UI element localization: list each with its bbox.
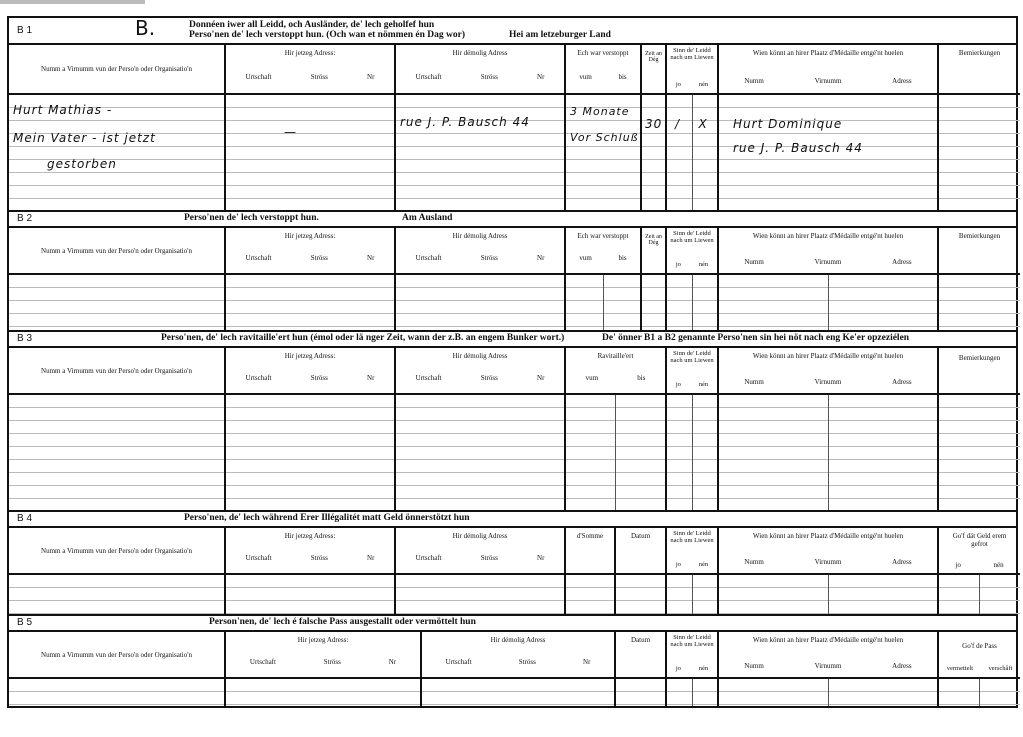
col-date: Datum <box>615 528 666 574</box>
entry-cell[interactable] <box>979 574 1020 614</box>
entry-cell[interactable] <box>225 394 395 510</box>
col-former-address: Hir démolig AdressUrtschaftStrössNr <box>421 632 615 678</box>
entry-cell[interactable] <box>718 574 828 614</box>
entry-current-address[interactable]: — <box>225 94 395 210</box>
entry-cell[interactable] <box>828 678 938 706</box>
col-medal: Wien könnt an hirer Plaatz d'Médaille en… <box>718 228 938 274</box>
form-letter: B. <box>135 16 155 40</box>
col-days: Zeit an Dég <box>641 45 666 94</box>
col-current-address: Hir jetzeg Adress:UrtschaftStrössNr <box>225 348 395 394</box>
entry-cell[interactable] <box>828 574 938 614</box>
entry-cell[interactable] <box>666 394 692 510</box>
section-b4: B 4 Perso'nen, de' lech während Erer Ill… <box>7 510 1018 614</box>
col-current-address: Hir jetzeg Adress:UrtschaftStrössNr <box>225 632 421 678</box>
section-b4-title: B 4 Perso'nen, de' lech während Erer Ill… <box>9 512 1016 528</box>
col-alive: Sinn de' Leidd nach um Liewenjonén <box>666 348 718 394</box>
col-hidden: Ech war verstopptvumbis <box>565 45 641 94</box>
entry-cell[interactable] <box>225 574 395 614</box>
col-money-back: Go'f dät Geld erem gefrotjonén <box>938 528 1020 574</box>
entry-alive-no[interactable]: X <box>692 94 718 210</box>
entry-cell[interactable] <box>828 394 938 510</box>
entry-cell[interactable] <box>641 274 666 330</box>
col-hidden: Ech war verstopptvumbis <box>565 228 641 274</box>
section-id: B 1 <box>17 25 32 36</box>
entry-cell[interactable] <box>395 394 565 510</box>
col-name: Numm a Virnumm vun der Perso'n oder Orga… <box>9 632 225 678</box>
section-b1-table: Numm a Virnumm vun der Perso'n oder Orga… <box>9 45 1020 210</box>
col-current-address: Hir jetzeg Adress:UrtschaftStrössNr <box>225 228 395 274</box>
entry-cell[interactable] <box>225 274 395 330</box>
entry-medal[interactable]: Hurt Dominique rue J. P. Bausch 44 <box>718 94 938 210</box>
entry-cell[interactable] <box>938 678 979 706</box>
entry-cell[interactable] <box>395 274 565 330</box>
section-b2: B 2 Perso'nen de' lech verstoppt hun. Am… <box>7 210 1018 330</box>
col-current-address: Hir jetzeg Adress:UrtschaftStrössNr <box>225 528 395 574</box>
col-pass: Go'f de Passvermetteltverschâft <box>938 632 1020 678</box>
entry-cell[interactable] <box>666 678 692 706</box>
entry-cell[interactable] <box>9 394 225 510</box>
entry-cell[interactable] <box>979 678 1020 706</box>
entry-cell[interactable] <box>718 394 828 510</box>
entry-cell[interactable] <box>666 274 692 330</box>
col-remarks: Bemierkungen <box>938 228 1020 274</box>
entry-cell[interactable] <box>692 678 718 706</box>
scan-edge <box>0 0 145 4</box>
entry-cell[interactable] <box>938 574 979 614</box>
col-sum: d'Somme <box>565 528 615 574</box>
entry-cell[interactable] <box>666 574 692 614</box>
entry-cell[interactable] <box>692 574 718 614</box>
entry-cell[interactable] <box>225 678 421 706</box>
entry-alive-yes[interactable]: / <box>666 94 692 210</box>
entry-cell[interactable] <box>565 394 615 510</box>
section-b5: B 5 Person'nen, de' lech é falsche Pass … <box>7 614 1018 708</box>
entry-former-address[interactable]: rue J. P. Bausch 44 <box>395 94 565 210</box>
section-b1-title: B 1 B. Donnéen iwer all Leidd, och Auslä… <box>9 18 1016 45</box>
col-medal: Wien könnt an hirer Plaatz d'Médaille en… <box>718 632 938 678</box>
section-title-line1: Donnéen iwer all Leidd, och Ausländer, d… <box>189 20 434 30</box>
col-alive: Sinn de' Leidd nach um Liewenjonén <box>666 45 718 94</box>
col-alive: Sinn de' Leidd nach um Liewenjonén <box>666 228 718 274</box>
entry-cell[interactable] <box>615 678 666 706</box>
col-medal: Wien könnt an hirer Plaatz d'Médaille en… <box>718 528 938 574</box>
entry-name[interactable]: Hurt Mathias - Mein Vater - ist jetzt ge… <box>9 94 225 210</box>
entry-cell[interactable] <box>565 574 615 614</box>
col-former-address: Hir démolig AdressUrtschaftStrössNr <box>395 348 565 394</box>
section-b4-table: Numm a Virnumm vun der Perso'n oder Orga… <box>9 528 1020 614</box>
entry-cell[interactable] <box>565 274 603 330</box>
section-b2-title: B 2 Perso'nen de' lech verstoppt hun. Am… <box>9 212 1016 228</box>
section-b3-table: Numm a Virnumm vun der Perso'n oder Orga… <box>9 348 1020 510</box>
entry-cell[interactable] <box>603 274 641 330</box>
section-b1: B 1 B. Donnéen iwer all Leidd, och Auslä… <box>7 16 1018 210</box>
entry-cell[interactable] <box>9 574 225 614</box>
col-former-address: Hir démolig AdressUrtschaftStrössNr <box>395 528 565 574</box>
entry-cell[interactable] <box>9 274 225 330</box>
entry-days[interactable]: 30 <box>641 94 666 210</box>
col-days: Zeit an Dég <box>641 228 666 274</box>
entry-cell[interactable] <box>421 678 615 706</box>
section-title-line2: Perso'nen de' lech verstoppt hun. (Och w… <box>189 30 465 40</box>
col-supplied: Ravitaille'ertvumbis <box>565 348 666 394</box>
entry-hidden[interactable]: 3 Monate Vor Schluß <box>565 94 641 210</box>
col-former-address: Hir démolig AdressUrtschaftStrössNr <box>395 45 565 94</box>
entry-cell[interactable] <box>692 274 718 330</box>
col-name: Numm a Virnumm vun der Perso'n oder Orga… <box>9 45 225 94</box>
entry-cell[interactable] <box>718 678 828 706</box>
col-name: Numm a Virnumm vun der Perso'n oder Orga… <box>9 228 225 274</box>
entry-remarks[interactable] <box>938 94 1020 210</box>
entry-cell[interactable] <box>718 274 828 330</box>
entry-cell[interactable] <box>9 678 225 706</box>
section-b3-title: B 3 Perso'nen, de' lech ravitaille'ert h… <box>9 332 1016 348</box>
col-medal: Wien könnt an hirer Plaatz d'Médaille en… <box>718 45 938 94</box>
section-b5-table: Numm a Virnumm vun der Perso'n oder Orga… <box>9 632 1020 706</box>
col-name: Numm a Virnumm vun der Perso'n oder Orga… <box>9 348 225 394</box>
entry-cell[interactable] <box>395 574 565 614</box>
section-b5-title: B 5 Person'nen, de' lech é falsche Pass … <box>9 616 1016 632</box>
col-remarks: Bemierkungen <box>938 348 1020 394</box>
section-b2-table: Numm a Virnumm vun der Perso'n oder Orga… <box>9 228 1020 330</box>
col-date: Datum <box>615 632 666 678</box>
col-medal: Wien könnt an hirer Plaatz d'Médaille en… <box>718 348 938 394</box>
entry-cell[interactable] <box>692 394 718 510</box>
col-former-address: Hir démolig AdressUrtschaftStrössNr <box>395 228 565 274</box>
form-sheet: B 1 B. Donnéen iwer all Leidd, och Auslä… <box>7 16 1018 708</box>
entry-cell[interactable] <box>615 394 666 510</box>
entry-cell[interactable] <box>938 394 1020 510</box>
entry-cell[interactable] <box>615 574 666 614</box>
section-title-right: Hei am letzeburger Land <box>509 30 611 40</box>
entry-cell[interactable] <box>828 274 938 330</box>
col-alive: Sinn de' Leidd nach um Liewenjonén <box>666 528 718 574</box>
entry-cell[interactable] <box>938 274 1020 330</box>
col-current-address: Hir jetzeg Adress:UrtschaftStrössNr <box>225 45 395 94</box>
col-name: Numm a Virnumm vun der Perso'n oder Orga… <box>9 528 225 574</box>
col-alive: Sinn de' Leidd nach um Liewenjonén <box>666 632 718 678</box>
col-remarks: Bemierkungen <box>938 45 1020 94</box>
section-b3: B 3 Perso'nen, de' lech ravitaille'ert h… <box>7 330 1018 510</box>
